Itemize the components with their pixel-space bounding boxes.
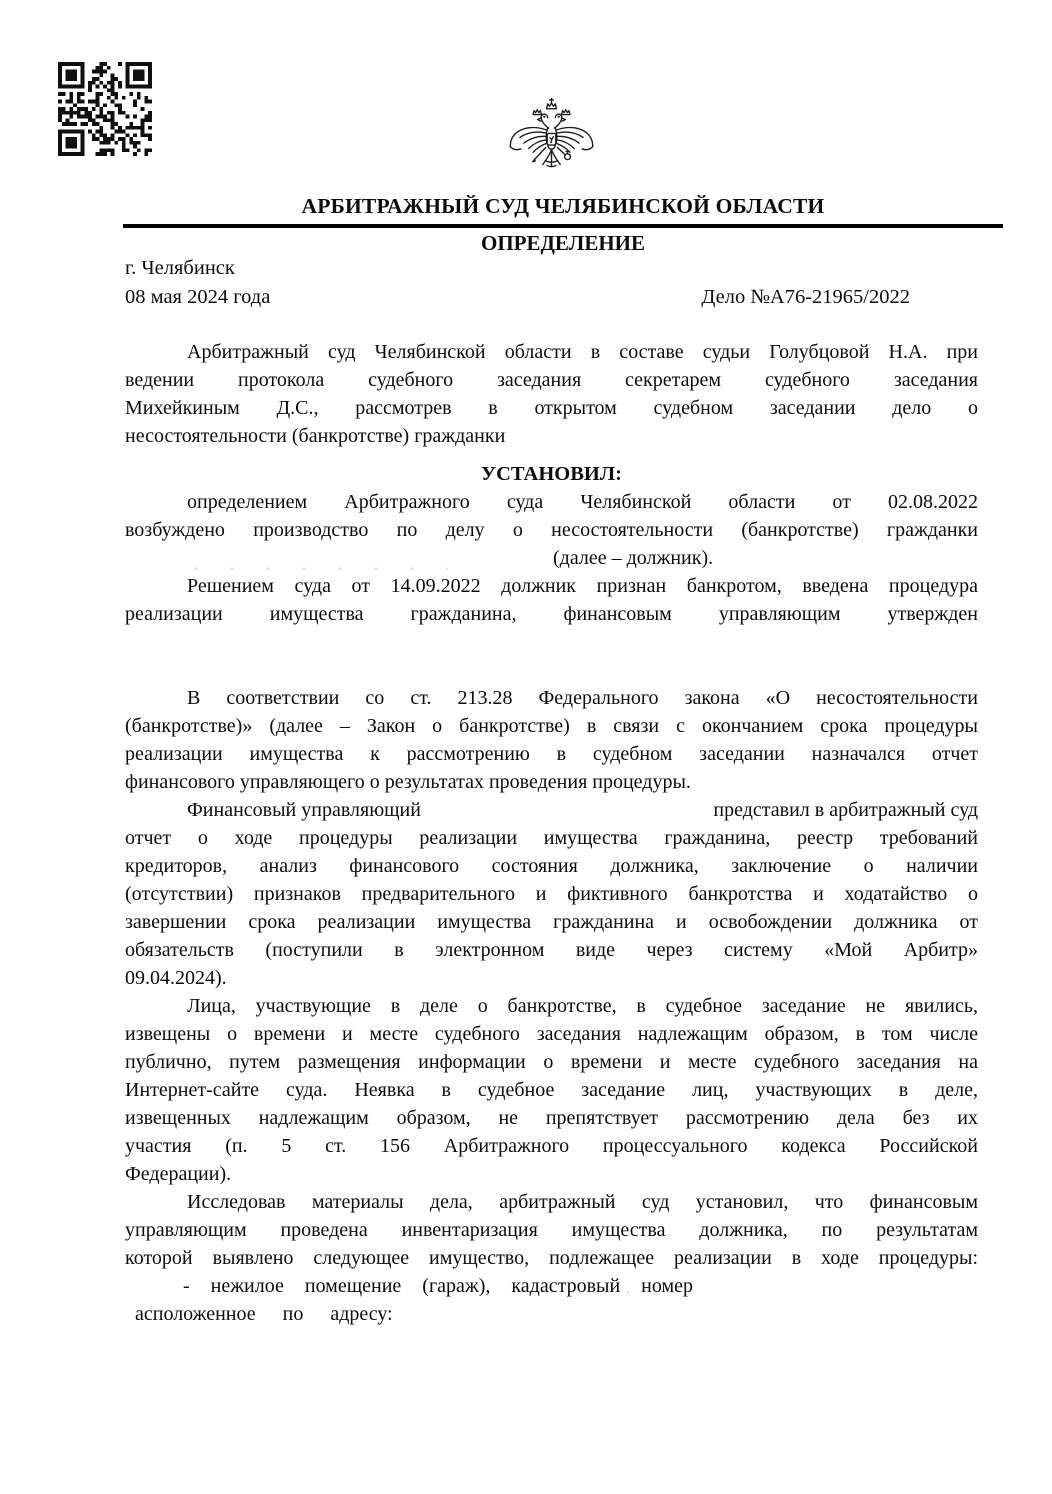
city-line: г. Челябинск (125, 257, 235, 280)
paragraph-line: публично, путем размещения информации о … (125, 1048, 978, 1076)
date-row: 08 мая 2024 года Дело №А76-21965/2022 (125, 286, 978, 309)
document-page: АРБИТРАЖНЫЙ СУД ЧЕЛЯБИНСКОЙ ОБЛАСТИ ОПРЕ… (0, 0, 1052, 1494)
paragraph-line: извещенных надлежащим образом, не препят… (125, 1104, 978, 1132)
paragraph-line: ведении протокола судебного заседания се… (125, 366, 978, 394)
scan-artifact (556, 1291, 656, 1294)
paragraph-line: Лица, участвующие в деле о банкротстве, … (125, 992, 978, 1020)
paragraph-fragment: Финансовый управляющий (125, 796, 421, 824)
section-heading: УСТАНОВИЛ: (125, 460, 978, 488)
paragraph-line: реализации имущества гражданина, финансо… (125, 600, 978, 628)
paragraph-line: Федерации). (125, 1160, 978, 1188)
coat-of-arms-icon (503, 98, 600, 197)
paragraph-line: Финансовый управляющий представил в арби… (125, 796, 978, 824)
paragraph-line: финансового управляющего о результатах п… (125, 768, 978, 796)
paragraph-line: (банкротстве)» (далее – Закон о банкротс… (125, 712, 978, 740)
paragraph-line: несостоятельности (банкротстве) гражданк… (125, 422, 978, 450)
paragraph-line: В соответствии со ст. 213.28 Федеральног… (125, 684, 978, 712)
paragraph-line: возбуждено производство по делу о несост… (125, 516, 978, 544)
paragraph-line: завершении срока реализации имущества гр… (125, 908, 978, 936)
qr-code-icon (58, 62, 152, 156)
paragraph-line: участия (п. 5 ст. 156 Арбитражного проце… (125, 1132, 978, 1160)
paragraph-line: асположенное по адресу: (125, 1300, 978, 1328)
header-divider (123, 224, 1003, 228)
paragraph-line: Исследовав материалы дела, арбитражный с… (125, 1188, 978, 1216)
scan-artifact (178, 567, 448, 570)
paragraph-fragment: представил в арбитражный суд (713, 796, 978, 824)
paragraph-line: - нежилое помещение (гараж), кадастровый… (125, 1272, 978, 1300)
paragraph-line: Михейкиным Д.С., рассмотрев в открытом с… (125, 394, 978, 422)
paragraph-line: определением Арбитражного суда Челябинск… (125, 488, 978, 516)
paragraph-line: которой выявлено следующее имущество, по… (125, 1244, 978, 1272)
court-name: АРБИТРАЖНЫЙ СУД ЧЕЛЯБИНСКОЙ ОБЛАСТИ (123, 194, 1003, 219)
paragraph-line: Арбитражный суд Челябинской области в со… (125, 338, 978, 366)
paragraph-line: Решением суда от 14.09.2022 должник приз… (125, 572, 978, 600)
redacted-gap (125, 628, 978, 684)
paragraph-line: отчет о ходе процедуры реализации имущес… (125, 824, 978, 852)
paragraph-line: (отсутствии) признаков предварительного … (125, 880, 978, 908)
document-date: 08 мая 2024 года (125, 286, 270, 309)
paragraph-line: кредиторов, анализ финансового состояния… (125, 852, 978, 880)
paragraph-line: реализации имущества к рассмотрению в су… (125, 740, 978, 768)
paragraph-line: управляющим проведена инвентаризация иму… (125, 1216, 978, 1244)
document-type-heading: ОПРЕДЕЛЕНИЕ (123, 231, 1003, 256)
case-number: Дело №А76-21965/2022 (701, 286, 910, 309)
paragraph-line: Интернет-сайте суда. Неявка в судебное з… (125, 1076, 978, 1104)
paragraph-line: 09.04.2024). (125, 964, 978, 992)
paragraph-line: извещены о времени и месте судебного зас… (125, 1020, 978, 1048)
document-body: Арбитражный суд Челябинской области в со… (125, 338, 978, 1328)
paragraph-line: обязательств (поступили в электронном ви… (125, 936, 978, 964)
